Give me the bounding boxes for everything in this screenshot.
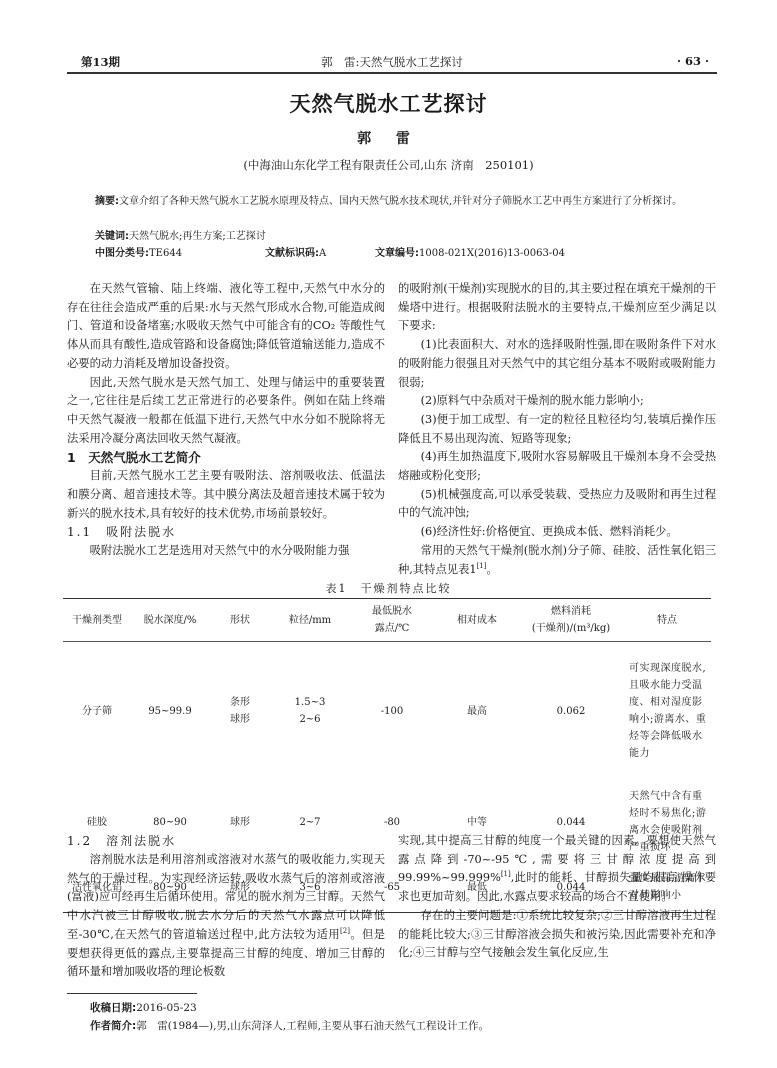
paragraph: 实现,其中提高三甘醇的纯度一个最关键的因素。要想使天然气露点降到-70~-95℃…: [398, 832, 716, 907]
running-title: 郭 雷:天然气脱水工艺探讨: [67, 54, 717, 70]
paragraph: 常用的天然气干燥剂(脱水剂)分子筛、硅胶、活性氧化铝三种,其特点见表1[1]。: [398, 542, 716, 579]
citation: [1]: [501, 871, 511, 879]
col-header: 相对成本: [435, 599, 519, 642]
paragraph: 的吸附剂(干燥剂)实现脱水的目的,其主要过程在填充干燥剂的干燥塔中进行。根据吸附…: [398, 280, 716, 336]
abstract-label: 摘要:: [95, 196, 119, 207]
table-header-row: 干燥剂类型 脱水深度/% 形状 粒径/mm 最低脱水 露点/℃ 相对成本 燃料消…: [63, 599, 711, 642]
body-column-right-lower: 实现,其中提高三甘醇的纯度一个最关键的因素。要想使天然气露点降到-70~-95℃…: [398, 832, 716, 963]
page-number: · 63 ·: [677, 54, 709, 68]
requirement-item: (3)便于加工成型、有一定的粒径且粒径均匀,装填后操作压降低且不易出现沟流、短路…: [398, 411, 716, 448]
keywords-text: 天然气脱水;再生方案;工艺探讨: [129, 231, 266, 242]
section-heading-1-1: 1.1 吸附法脱水: [67, 523, 385, 542]
keywords: 关键词:天然气脱水;再生方案;工艺探讨: [95, 228, 266, 245]
clc-number: 中图分类号:TE644: [95, 245, 265, 262]
requirement-item: (2)原料气中杂质对干燥剂的脱水能力影响小;: [398, 392, 716, 411]
table-caption: 表1 干燥剂特点比较: [0, 580, 777, 596]
author-affiliation: (中海油山东化学工程有限责任公司,山东 济南 250101): [0, 157, 777, 173]
article-number: 文章编号:1008-021X(2016)13-0063-04: [375, 245, 565, 262]
author-name: 郭 雷: [0, 128, 777, 148]
col-header: 干燥剂类型: [63, 599, 131, 642]
abstract: 摘要:文章介绍了各种天然气脱水工艺脱水原理及特点、国内天然气脱水技术现状,并针对…: [95, 193, 695, 210]
requirement-item: (5)机械强度高,可以承受装载、受热应力及吸附和再生过程中的气流冲蚀;: [398, 486, 716, 523]
col-header: 脱水深度/%: [131, 599, 209, 642]
body-column-left: 在天然气管输、陆上终端、液化等工程中,天然气中水分的存在往往会造成严重的后果:水…: [67, 280, 385, 561]
requirement-item: (6)经济性好:价格便宜、更换成本低、燃料消耗少。: [398, 523, 716, 542]
requirement-item: (1)比表面积大、对水的选择吸附性强,即在吸附条件下对水的吸附能力很强且对天然气…: [398, 336, 716, 392]
paragraph: 在天然气管输、陆上终端、液化等工程中,天然气中水分的存在往往会造成严重的后果:水…: [67, 280, 385, 374]
paragraph: 溶剂脱水法是利用溶剂或溶液对水蒸气的吸收能力,实现天然气的干燥过程。为实现经济运…: [67, 851, 385, 982]
paragraph: 目前,天然气脱水工艺主要有吸附法、溶剂吸收法、低温法和膜分离、超音速技术等。其中…: [67, 467, 385, 523]
table-row: 分子筛 95~99.9 条形 球形 1.5~3 2~6 -100 最高 0.06…: [63, 642, 711, 763]
paragraph: 存在的主要问题是:①系统比较复杂;②三甘醇溶液再生过程的能耗比较大;③三甘醇溶液…: [398, 907, 716, 963]
paragraph: 因此,天然气脱水是天然气加工、处理与储运中的重要装置之一,它往往是后续工艺正常进…: [67, 374, 385, 449]
abstract-text: 文章介绍了各种天然气脱水工艺脱水原理及特点、国内天然气脱水技术现状,并针对分子筛…: [119, 196, 682, 207]
requirement-item: (4)再生加热温度下,吸附水容易解吸且干燥剂本身不会受热熔融或粉化变形;: [398, 448, 716, 485]
body-column-right: 的吸附剂(干燥剂)实现脱水的目的,其主要过程在填充干燥剂的干燥塔中进行。根据吸附…: [398, 280, 716, 579]
footnote-rule: [67, 993, 197, 994]
col-header: 粒径/mm: [271, 599, 349, 642]
col-header: 特点: [623, 599, 711, 642]
author-bio: 作者简介:郭 雷(1984—),男,山东菏泽人,工程师,主要从事石油天然气工程设…: [90, 1018, 489, 1035]
section-heading-1-2: 1.2 溶剂法脱水: [67, 832, 385, 851]
section-heading-1: 1 天然气脱水工艺简介: [67, 448, 385, 467]
body-column-left-lower: 1.2 溶剂法脱水 溶剂脱水法是利用溶剂或溶液对水蒸气的吸收能力,实现天然气的干…: [67, 832, 385, 982]
col-header: 燃料消耗 (干燥剂)/(m³/kg): [519, 599, 623, 642]
classification-line: 中图分类号:TE644文献标识码:A文章编号:1008-021X(2016)13…: [95, 245, 695, 262]
col-header: 形状: [209, 599, 271, 642]
col-header: 最低脱水 露点/℃: [349, 599, 435, 642]
paragraph: 吸附法脱水工艺是选用对天然气中的水分吸附能力强: [67, 542, 385, 561]
citation: [1]: [477, 562, 487, 570]
header-rule: [67, 72, 717, 74]
article-title: 天然气脱水工艺探讨: [0, 88, 777, 118]
received-date: 收稿日期:2016-05-23: [90, 1000, 197, 1017]
document-code: 文献标识码:A: [265, 245, 375, 262]
keywords-label: 关键词:: [95, 231, 129, 242]
running-header: 第13期 郭 雷:天然气脱水工艺探讨 · 63 ·: [67, 52, 717, 72]
citation: [2]: [340, 927, 350, 935]
